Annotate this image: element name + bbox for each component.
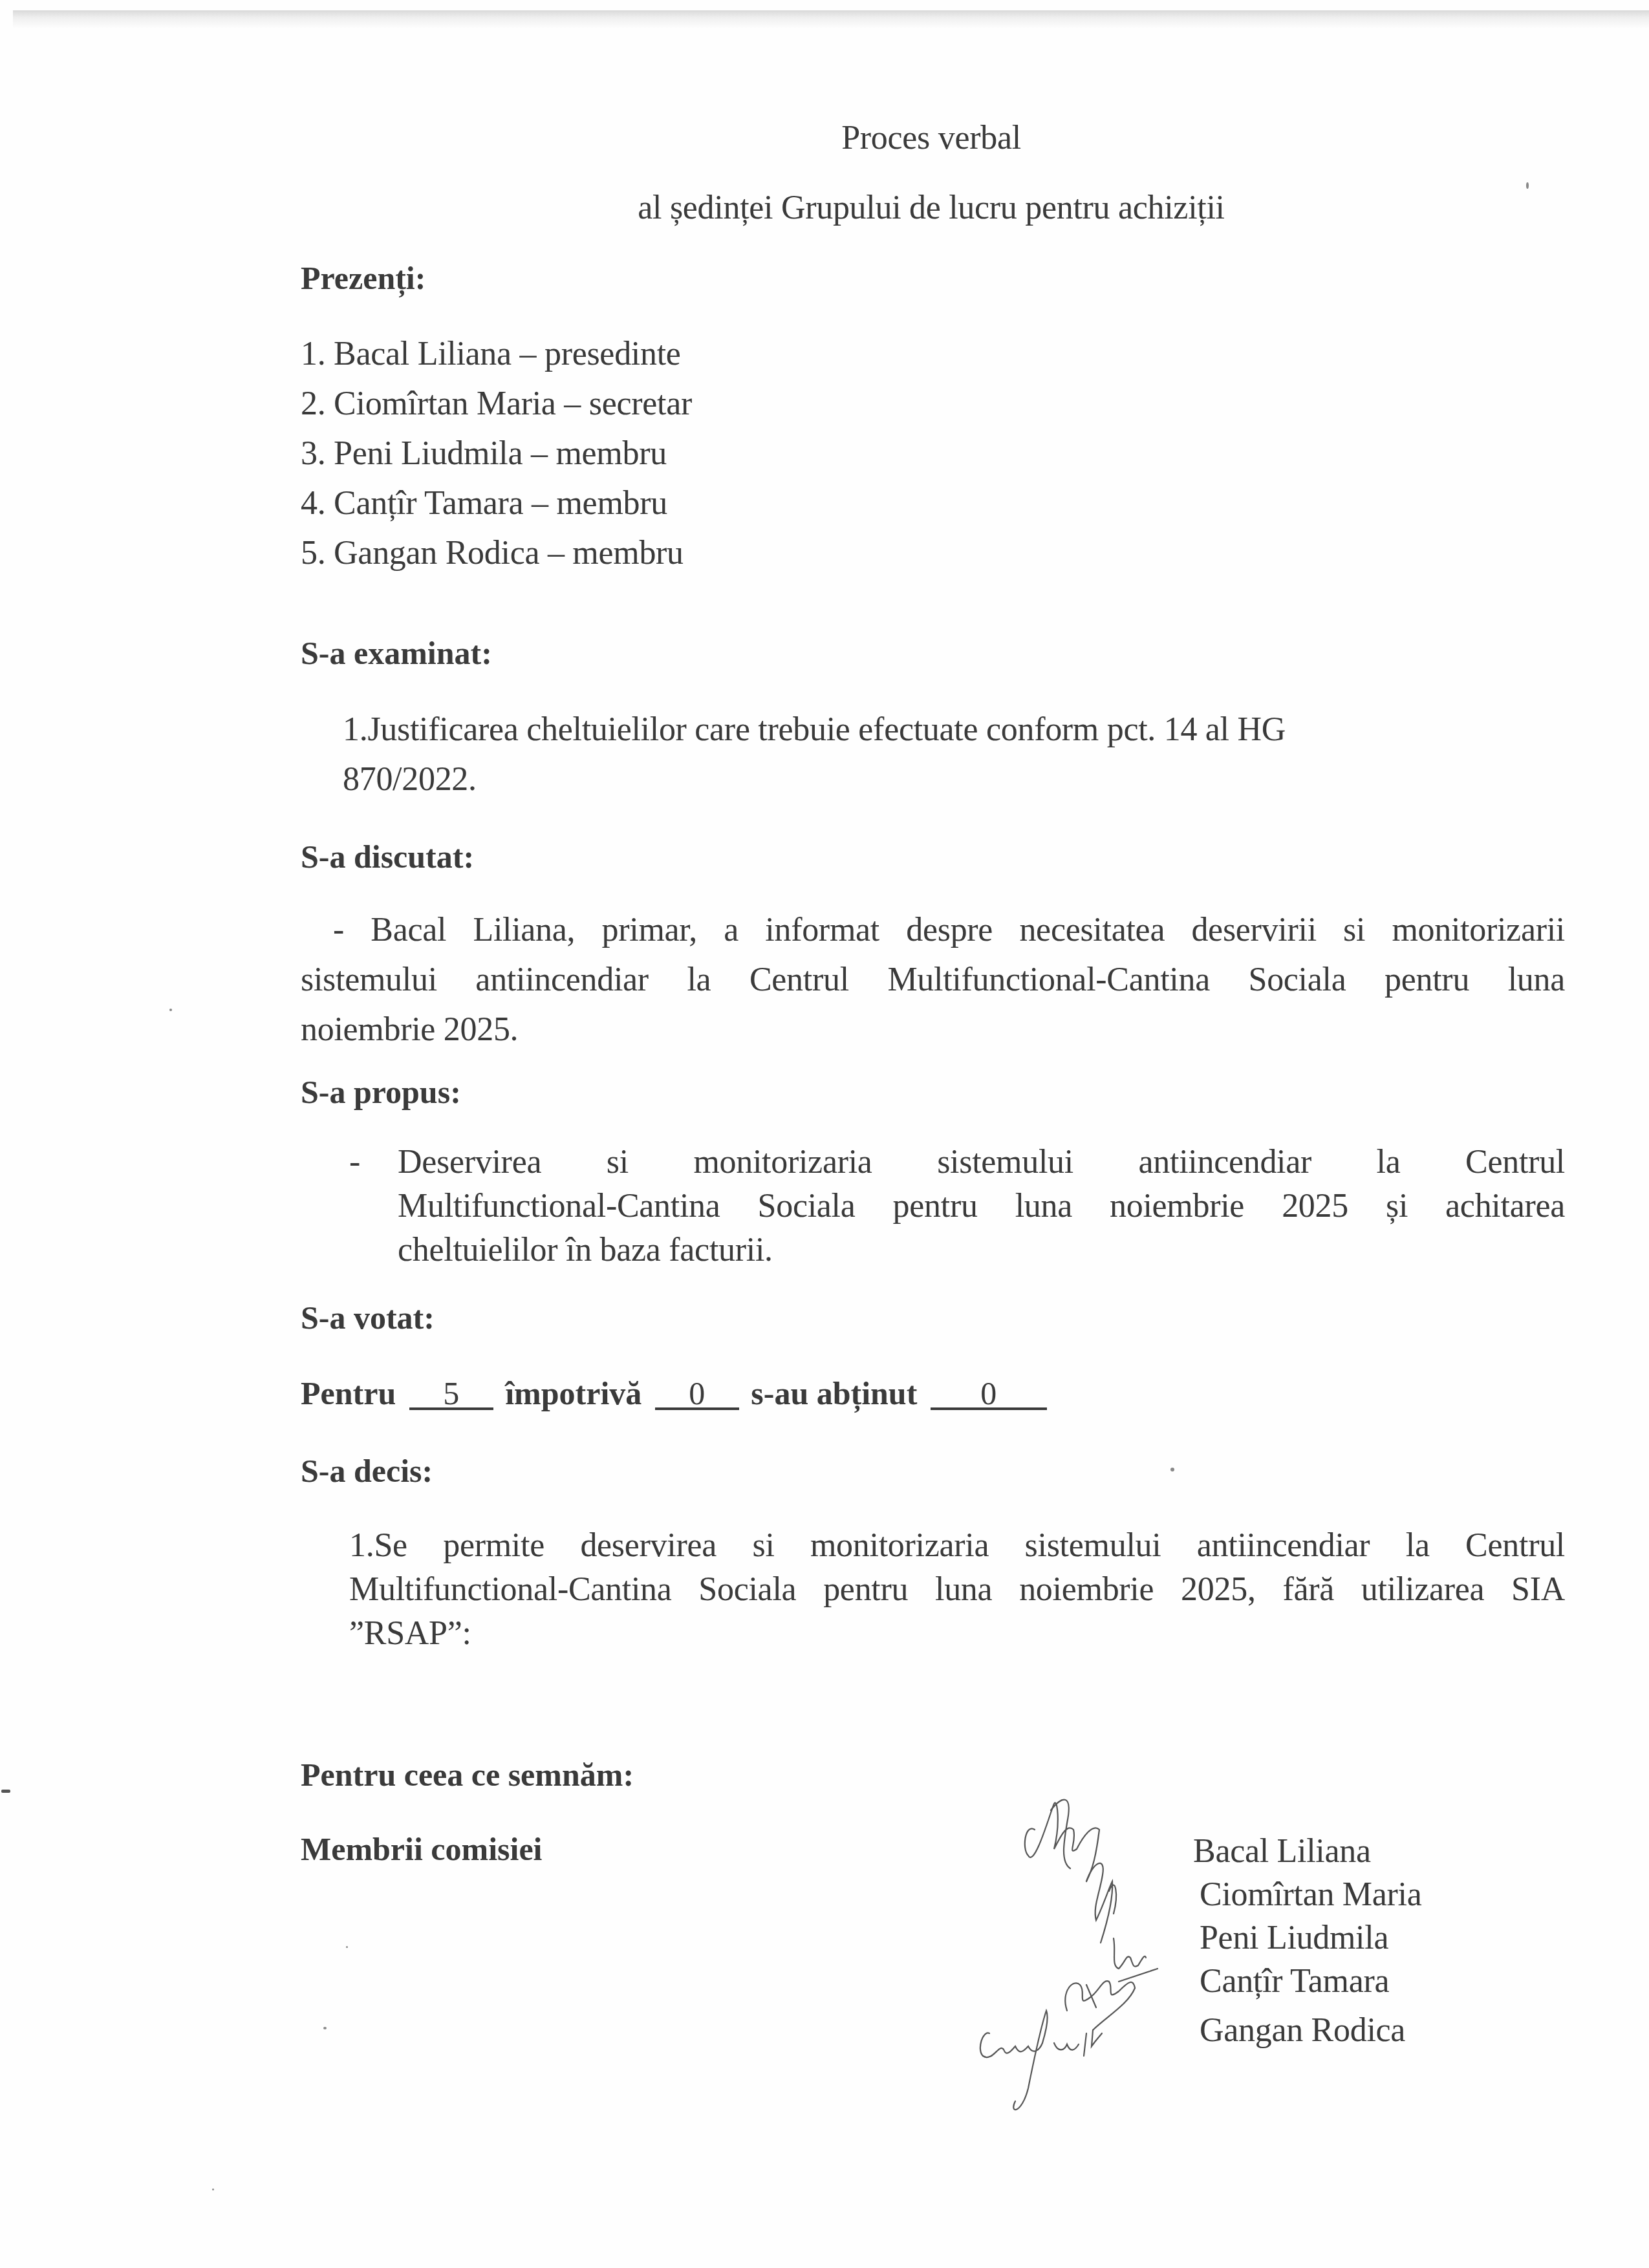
present-member: 4. Canțîr Tamara – membru (301, 487, 667, 520)
scan-speck (1526, 182, 1529, 189)
vote-against-label: împotrivă (505, 1375, 641, 1411)
proposed-line: Deservirea si monitorizaria sistemului a… (398, 1146, 1565, 1179)
proposed-line: Multifunctional-Cantina Sociala pentru l… (398, 1190, 1565, 1223)
discussed-heading: S-a discutat: (301, 840, 474, 873)
committee-label: Membrii comisiei (301, 1833, 543, 1865)
scan-speck (346, 1946, 348, 1948)
examined-item-line: 870/2022. (343, 763, 477, 797)
scan-mark (1, 1790, 10, 1793)
present-member: 5. Gangan Rodica – membru (301, 537, 684, 570)
decided-line: ”RSAP”: (349, 1617, 471, 1651)
vote-for-label: Pentru (301, 1375, 396, 1411)
decided-heading: S-a decis: (301, 1455, 433, 1487)
scan-speck (169, 1009, 172, 1011)
present-member: 1. Bacal Liliana – presedinte (301, 337, 681, 371)
examined-item-line: 1.Justificarea cheltuielilor care trebui… (343, 713, 1286, 747)
discussed-line: - Bacal Liliana, primar, a informat desp… (333, 914, 1565, 947)
proposed-line: cheltuielilor în baza facturii. (398, 1234, 773, 1267)
vote-against-value: 0 (655, 1379, 739, 1410)
decided-line: 1.Se permite deservirea si monitorizaria… (349, 1529, 1565, 1563)
present-member: 2. Ciomîrtan Maria – secretar (301, 387, 692, 421)
vote-for-value: 5 (409, 1379, 493, 1410)
voted-heading: S-a votat: (301, 1301, 435, 1334)
document-title: Proces verbal (0, 122, 1649, 155)
document-subtitle: al ședinței Grupului de lucru pentru ach… (0, 191, 1649, 225)
present-heading: Prezenți: (301, 262, 426, 294)
signatory-name: Canțîr Tamara (1200, 1965, 1389, 1998)
examined-heading: S-a examinat: (301, 637, 492, 669)
scan-speck (212, 2188, 214, 2190)
proposed-heading: S-a propus: (301, 1076, 461, 1108)
decided-line: Multifunctional-Cantina Sociala pentru l… (349, 1573, 1565, 1607)
signatures-heading: Pentru ceea ce semnăm: (301, 1759, 634, 1791)
discussed-line: noiembrie 2025. (301, 1013, 518, 1047)
discussed-line: sistemului antiincendiar la Centrul Mult… (301, 963, 1565, 997)
present-member: 3. Peni Liudmila – membru (301, 437, 667, 471)
scan-speck (323, 2027, 327, 2029)
proposed-bullet: - (349, 1146, 360, 1179)
vote-tally: Pentru 5 împotrivă 0 s-au abținut 0 (301, 1377, 1047, 1410)
signatory-name: Ciomîrtan Maria (1200, 1878, 1422, 1912)
handwritten-signatures (964, 1784, 1222, 2121)
signatory-name: Peni Liudmila (1200, 1921, 1388, 1955)
scan-speck (1170, 1468, 1174, 1471)
vote-abstained-label: s-au abținut (751, 1375, 917, 1411)
vote-abstained-value: 0 (931, 1379, 1047, 1410)
scan-edge-shadow (13, 10, 1649, 28)
signatory-name: Gangan Rodica (1200, 2014, 1405, 2048)
